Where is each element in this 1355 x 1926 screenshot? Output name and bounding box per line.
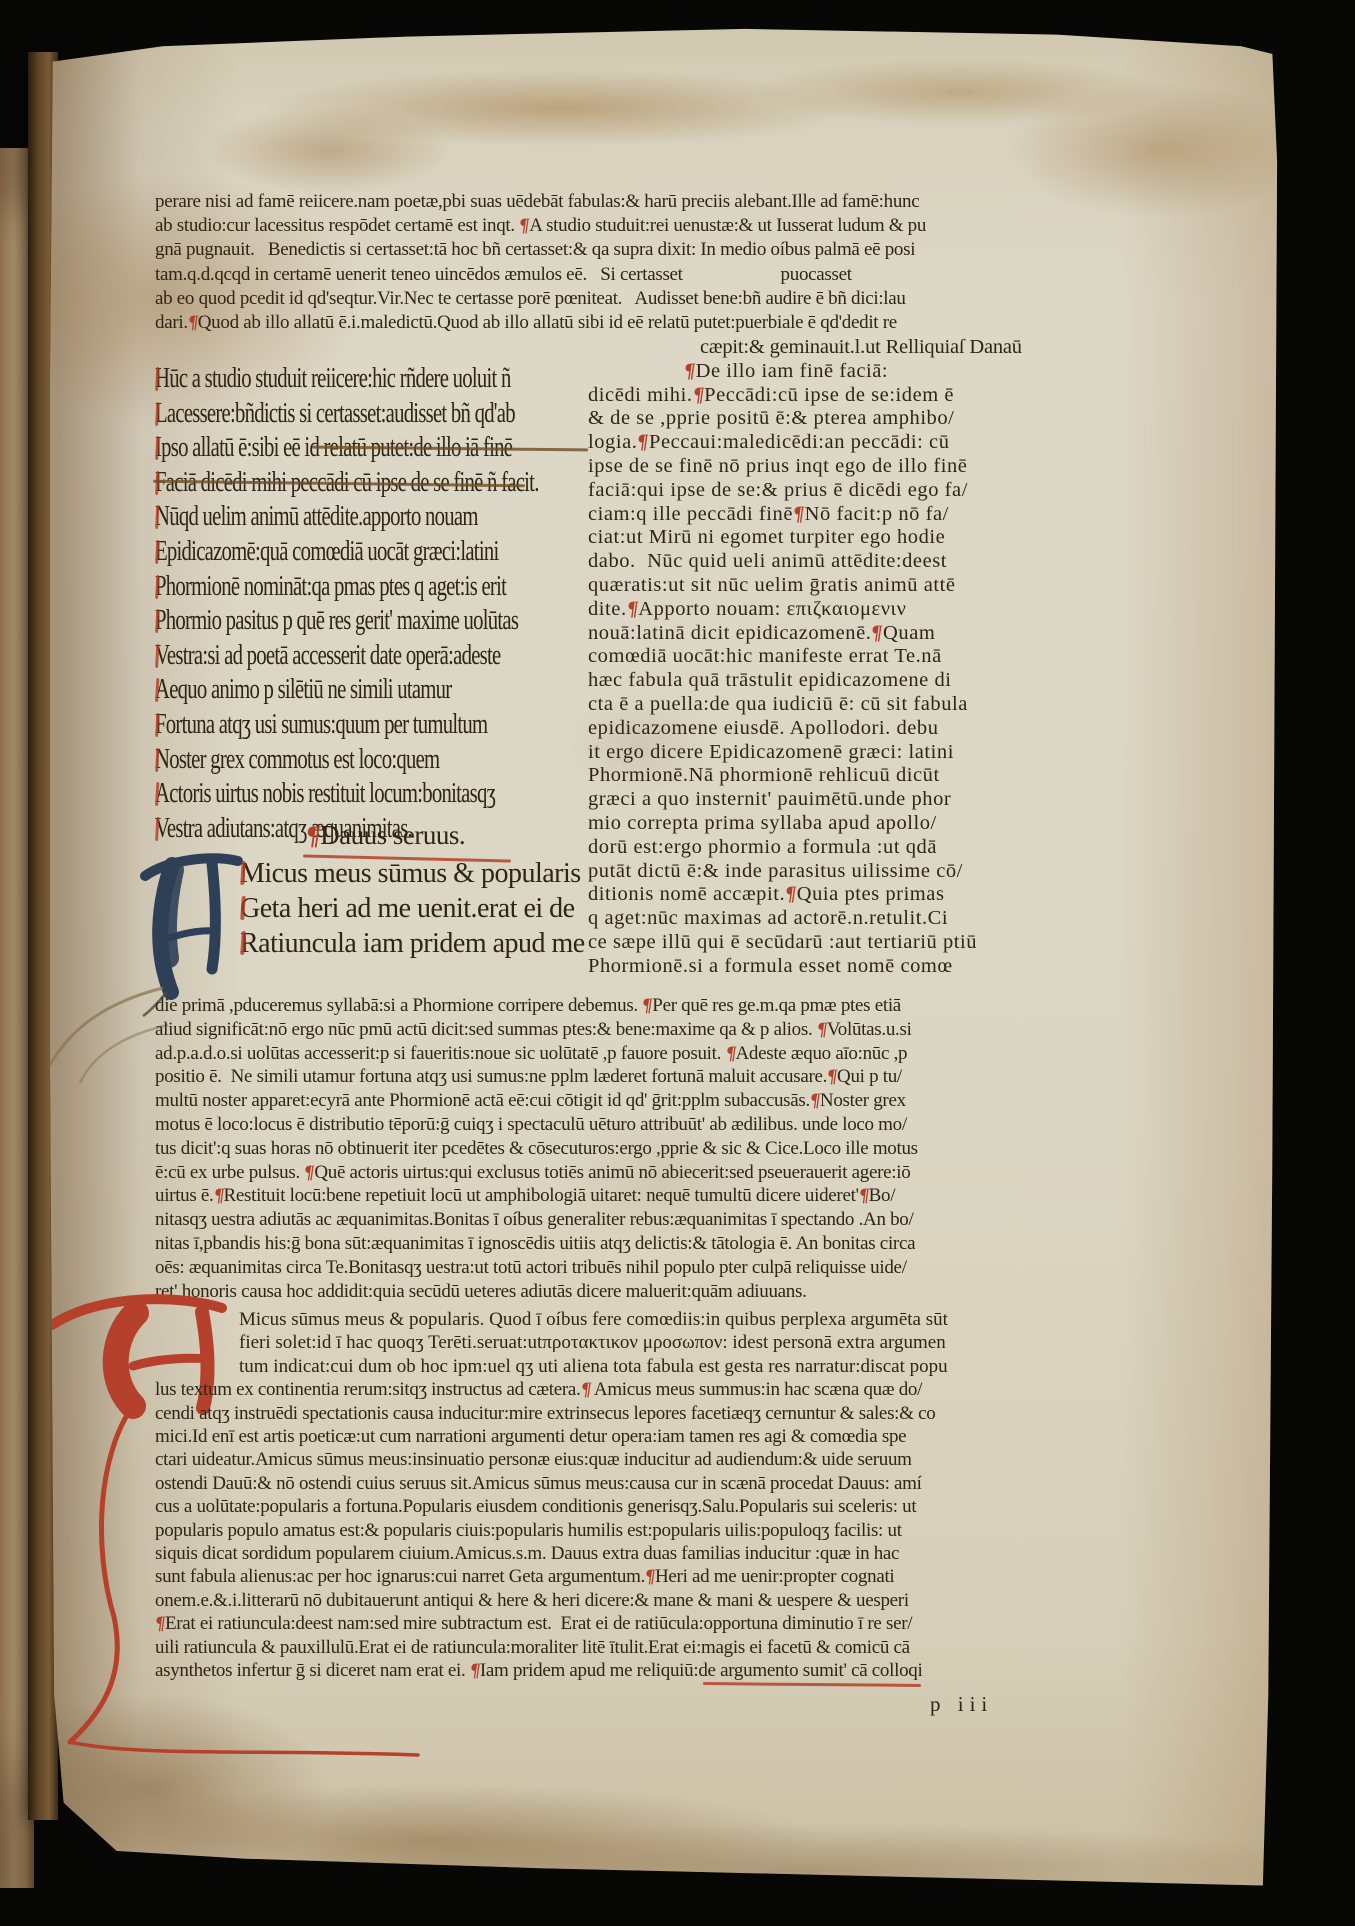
paraph-mark: ¶ [825, 1065, 838, 1089]
paraph-mark: ¶ [303, 1161, 316, 1185]
text-line: dorū est:ergo phormio a formula :ut qdā [588, 836, 1100, 860]
text-line: lus textum ex continentia rerum:sitqʒ in… [155, 1378, 1100, 1401]
text-line: nitasqʒ uestra adiutās ac æquanimitas.Bo… [155, 1208, 1100, 1232]
text-line: comœdiā uocāt:hic manifeste errat Te.nā [588, 645, 1100, 669]
text-line: uili ratiuncula & pauxillulū.Erat ei de … [155, 1636, 1100, 1659]
text-line: ce sæpe illū qui ē secūdarū :aut tertiar… [588, 931, 1100, 955]
text-line: tus dicit':q suas horas nō obtinuerit it… [155, 1137, 1100, 1161]
text-line: popularis populo amatus est:& popularis … [155, 1519, 1100, 1542]
text-line: ¶Erat ei ratiuncula:deest nam:sed mire s… [155, 1612, 1100, 1635]
text-line: fieri solet:id ī hac quoqʒ Terēti.seruat… [239, 1331, 1100, 1354]
text-line: & de se ,pprie positū ē:& pterea amphibo… [588, 407, 1100, 431]
paraph-mark: ¶ [625, 598, 640, 622]
paraph-mark: ¶ [783, 883, 798, 907]
commentary-middle-block: die primā ,pduceremus syllabā:si a Phorm… [155, 994, 1100, 1303]
text-line: uirtus ē.¶Restituit locū:bene repetiuit … [155, 1184, 1100, 1208]
paraph-mark: ¶ [808, 1089, 821, 1113]
text-line: aliud significāt:nō ergo nūc pmū actū di… [155, 1018, 1100, 1042]
text-line: græci a quo insternit' pauimētū.unde pho… [588, 788, 1100, 812]
text-line: logia.¶Peccaui:maledicēdi:an peccādi: cū [588, 431, 1100, 455]
quire-signature: p iii [930, 1692, 993, 1717]
text-line: mio correpta prima syllaba apud apollo/ [588, 812, 1100, 836]
commentary-bottom-block: Micus sūmus meus & popularis. Quod ī oíb… [155, 1308, 1100, 1683]
text-line: cta ē a puella:de qua iudiciū ē: cū sit … [588, 693, 1100, 717]
text-line: nouā:latinā dicit epidicazomenē.¶Quam [588, 622, 1100, 646]
verse-line: Hūc a studio studuit reiicere:hic rñdere… [155, 362, 503, 397]
verse-line: Noster grex commotus est loco:quem [155, 743, 503, 778]
paraph-mark: ¶ [468, 1659, 481, 1682]
paraph-mark: ¶ [857, 1184, 870, 1208]
text-line: ad.p.a.d.o.si uolūtas accesserit:p si fa… [155, 1042, 1100, 1066]
text-line: gnā pugnauit. Benedictis si certasset:tā… [155, 238, 1095, 262]
text-line: hæc fabula quā trāstulit epidicazomene d… [588, 669, 1100, 693]
verse-line: Aequo animo p silētiū ne simili utamur [155, 673, 503, 708]
paraph-mark: ¶ [791, 503, 806, 527]
text-line: it ergo dicere Epidicazomenē græci: lati… [588, 741, 1100, 765]
text-line: die primā ,pduceremus syllabā:si a Phorm… [155, 994, 1100, 1018]
text-line: quæratis:ut sit nūc uelim ḡratis animū a… [588, 574, 1100, 598]
text-line: epidicazomene eiusdē. Apollodori. debu [588, 717, 1100, 741]
text-line: cæpit:& geminauit.l.ut Relliquiaſ Danaū [700, 336, 1100, 360]
paraph-mark: ¶ [518, 214, 531, 238]
text-line: ctari uideatur.Amicus sūmus meus:insinua… [155, 1448, 1100, 1471]
paraph-mark: ¶ [304, 820, 322, 851]
paraph-mark: ¶ [815, 1018, 828, 1042]
text-line: ¶De illo iam finē faciā: [684, 360, 1100, 384]
verse-line: Epidicazomē:quā comœdiā uocāt græci:lati… [155, 535, 503, 570]
verse-line: Phormionē nomināt:qa pmas ptes q aget:is… [155, 570, 503, 605]
text-line: q aget:nūc maximas ad actorē.n.retulit.C… [588, 907, 1100, 931]
text-line: motus ē loco:locus ē distributio tēporū:… [155, 1113, 1100, 1137]
verse-line: Geta heri ad me uenit.erat ei de [240, 891, 660, 926]
verse-line: Micus meus sūmus & popularis [240, 856, 660, 891]
text-line: asynthetos infertur ḡ si diceret nam era… [155, 1659, 1100, 1682]
book-page: perare nisi ad famē reiicere.nam poetæ,p… [0, 0, 1355, 1926]
paraph-mark: ¶ [870, 622, 885, 646]
text-line: Micus sūmus meus & popularis. Quod ī oíb… [239, 1308, 1100, 1331]
text-line: ab studio:cur lacessitus respōdet certam… [155, 214, 1095, 238]
text-line: tam.q.d.qcqd in certamē uenerit teneo ui… [155, 263, 1095, 287]
verse-line: Lacessere:bñdictis si certasset:audisset… [155, 397, 503, 432]
text-line: tum indicat:cui dum ob hoc ipm:uel qʒ ut… [239, 1355, 1100, 1378]
verse-opening-block: Micus meus sūmus & popularisGeta heri ad… [240, 856, 660, 961]
text-line: ciam:q ille peccādi finē¶Nō facit:p nō f… [588, 503, 1100, 527]
text-line: onem.e.&.i.litterarū nō dubitauerunt ant… [155, 1589, 1100, 1612]
text-line: dari.¶Quod ab illo allatū ē.i.maledictū.… [155, 311, 1095, 335]
text-line: dicēdi mihi.¶Peccādi:cū ipse de se:idem … [588, 384, 1100, 408]
verse-line: Nūqd uelim animū attēdite.apporto nouam [155, 500, 503, 535]
text-line: dite.¶Apporto nouam: επιζκαιομενιν [588, 598, 1100, 622]
text-line: faciā:qui ipse de se:& prius ē dicēdi eg… [588, 479, 1100, 503]
text-line: Phormionē.Nā phormionē rehlicuū dicūt [588, 764, 1100, 788]
text-line: ciat:ut Mirū ni egomet turpiter ego hodi… [588, 526, 1100, 550]
commentary-right-column: cæpit:& geminauit.l.ut Relliquiaſ Danaū¶… [588, 336, 1100, 979]
text-line: perare nisi ad famē reiicere.nam poetæ,p… [155, 190, 1095, 214]
verse-line: Fortuna atqʒ usi sumus:quum per tumultum [155, 708, 503, 743]
text-line: cus a uolūtate:popularis a fortuna.Popul… [155, 1495, 1100, 1518]
verse-line: Actoris uirtus nobis restituit locum:bon… [155, 777, 503, 812]
text-line: multū noster apparet:ecyrā ante Phormion… [155, 1089, 1100, 1113]
verse-line: Phormio pasitus p quē res gerit' maxime … [155, 604, 503, 639]
text-line: ipse de se finē nō prius inqt ego de ill… [588, 455, 1100, 479]
paraph-mark: ¶ [641, 994, 654, 1018]
text-line: ab eo quod pcedit id qd'seqtur.Vir.Nec t… [155, 287, 1095, 311]
verse-text-block: Hūc a studio studuit reiicere:hic rñdere… [155, 362, 625, 846]
text-line: sunt fabula alienus:ac per hoc ignarus:c… [155, 1565, 1100, 1588]
paraph-mark: ¶ [691, 384, 706, 408]
text-line: siquis dicat sordidum popularem ciuium.A… [155, 1542, 1100, 1565]
verse-line: Ratiuncula iam pridem apud me [240, 926, 660, 961]
text-line: ē:cū ex urbe pulsus. ¶Quē actoris uirtus… [155, 1161, 1100, 1185]
text-line: positio ē. Ne simili utamur fortuna atqʒ… [155, 1065, 1100, 1089]
paraph-mark: ¶ [579, 1378, 592, 1401]
text-line: dabo. Nūc quid ueli animū attēdite:deest [588, 550, 1100, 574]
text-line: putāt dictū ē:& inde parasitus uilissime… [588, 860, 1100, 884]
paraph-mark: ¶ [186, 311, 199, 335]
text-line: ostendi Dauū:& nō ostendi cuius seruus s… [155, 1472, 1100, 1495]
text-line: nitas ī,pbandis his:ḡ bona sūt:æquanimit… [155, 1232, 1100, 1256]
text-line: ditionis nomē accæpit.¶Quia ptes primas [588, 883, 1100, 907]
verse-line: Vestra:si ad poetā accesserit date operā… [155, 639, 503, 674]
paraph-mark: ¶ [212, 1184, 225, 1208]
text-line: cendi atqʒ instruēdi spectationis causa … [155, 1402, 1100, 1425]
paraph-mark: ¶ [153, 1612, 166, 1635]
text-line: mici.Id enī est artis poeticæ:ut cum nar… [155, 1425, 1100, 1448]
rubric-underline [703, 1682, 921, 1687]
text-line: oēs: æquanimitas circa Te.Bonitasqʒ uest… [155, 1256, 1100, 1280]
text-line: Phormionē.si a formula esset nomē comœ [588, 955, 1100, 979]
photo-background: perare nisi ad famē reiicere.nam poetæ,p… [0, 0, 1355, 1926]
paraph-mark: ¶ [636, 431, 651, 455]
paraph-mark: ¶ [682, 360, 697, 384]
commentary-top-block: perare nisi ad famē reiicere.nam poetæ,p… [155, 190, 1095, 335]
paraph-mark: ¶ [643, 1565, 656, 1588]
paraph-mark: ¶ [724, 1042, 737, 1066]
speech-heading: ¶Dauus seruus. [306, 820, 465, 851]
